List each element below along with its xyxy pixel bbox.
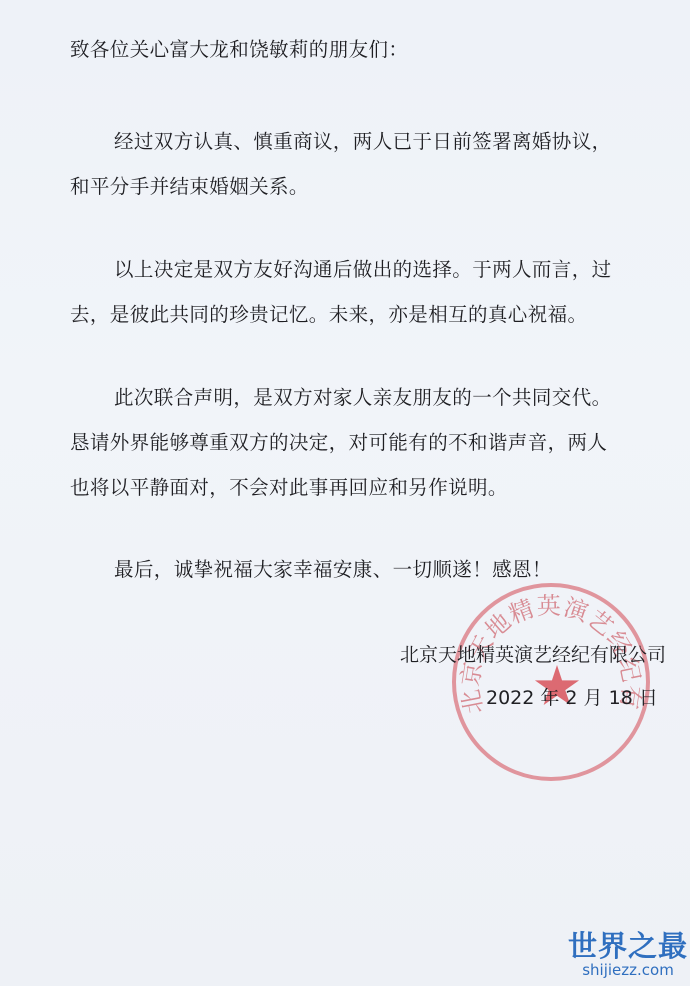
paragraph-2-line-2: 去，是彼此共同的珍贵记忆。未来，亦是相互的真心祝福。: [70, 299, 587, 327]
paragraph-3-line-1: 此次联合声明，是双方对家人亲友朋友的一个共同交代。: [114, 382, 612, 410]
paragraph-1-line-1: 经过双方认真、慎重商议，两人已于日前签署离婚协议，: [114, 126, 612, 154]
paragraph-3-line-2: 恳请外界能够尊重双方的决定，对可能有的不和谐声音，两人: [70, 427, 607, 455]
site-watermark: 世界之最 shijiezz.com: [568, 930, 688, 978]
signature-date: 2022 年 2 月 18 日: [486, 683, 658, 710]
salutation: 致各位关心富大龙和饶敏莉的朋友们：: [70, 34, 408, 62]
watermark-url: shijiezz.com: [568, 962, 688, 978]
company-seal: 北京天地精英演艺经纪有限公司: [452, 583, 650, 781]
watermark-title: 世界之最: [568, 930, 688, 962]
paragraph-2-line-1: 以上决定是双方友好沟通后做出的选择。于两人而言，过: [114, 254, 612, 282]
paragraph-3-line-3: 也将以平静面对，不会对此事再回应和另作说明。: [70, 472, 508, 500]
paragraph-1-line-2: 和平分手并结束婚姻关系。: [70, 171, 309, 199]
signature-company: 北京天地精英演艺经纪有限公司: [400, 640, 666, 667]
paragraph-4-line-1: 最后，诚挚祝福大家幸福安康、一切顺遂！感恩！: [114, 554, 552, 582]
